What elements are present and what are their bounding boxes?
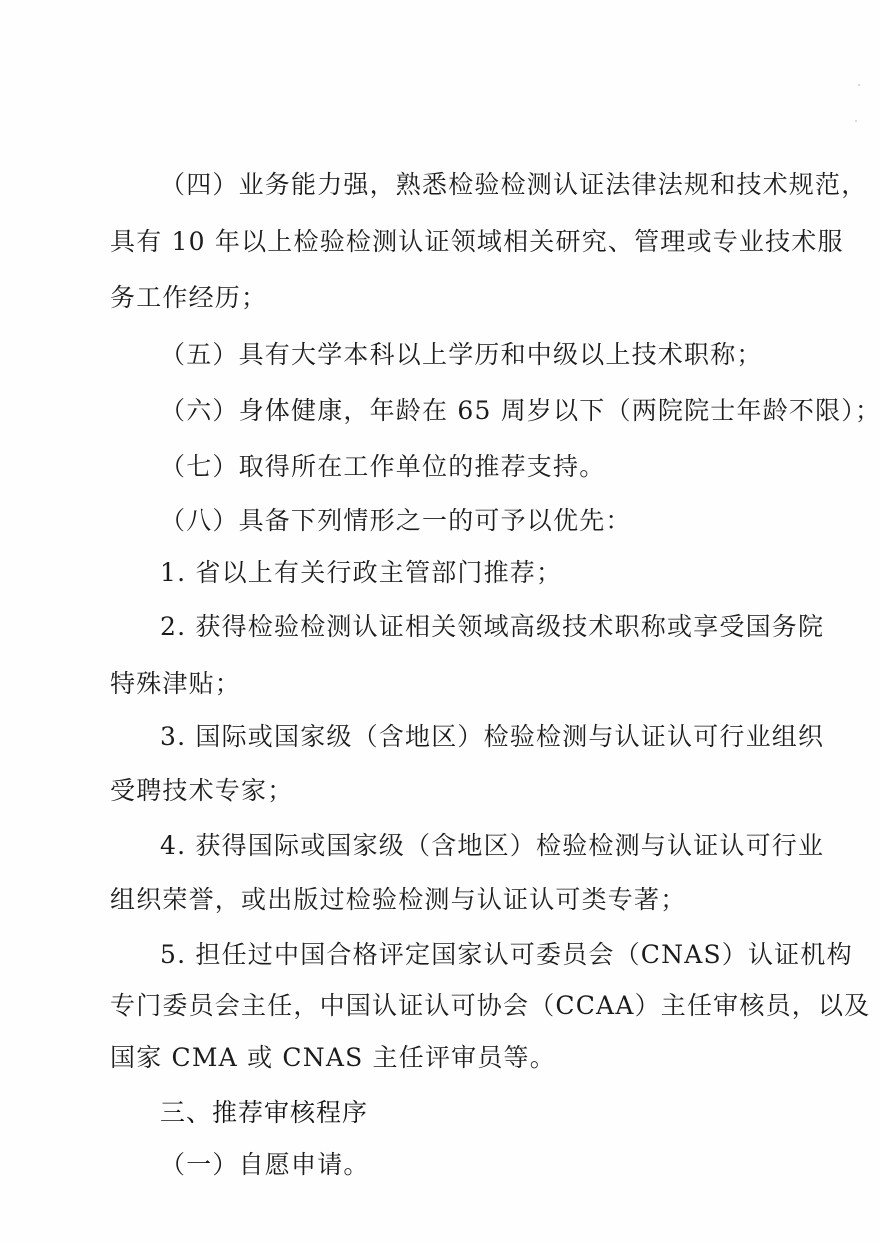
priority-item-2-line-2: 特殊津贴；: [110, 669, 241, 699]
criterion-4-line-3: 务工作经历；: [110, 283, 267, 313]
document-page: （四）业务能力强，熟悉检验检测认证法律法规和技术规范， 具有 10 年以上检验检…: [0, 0, 880, 1243]
criterion-7: （七）取得所在工作单位的推荐支持。: [160, 452, 605, 482]
criterion-5: （五）具有大学本科以上学历和中级以上技术职称；: [160, 340, 763, 370]
scan-speck: [855, 120, 857, 122]
priority-item-4-line-2: 组织荣誉，或出版过检验检测与认证认可类专著；: [110, 885, 686, 915]
priority-item-3-line-1: 3. 国际或国家级（含地区）检验检测与认证认可行业组织: [160, 722, 824, 752]
criterion-8: （八）具备下列情形之一的可予以优先：: [160, 506, 632, 536]
priority-item-5-line-3: 国家 CMA 或 CNAS 主任评审员等。: [110, 1043, 556, 1073]
section-heading: 三、推荐审核程序: [160, 1098, 368, 1128]
priority-item-2-line-1: 2. 获得检验检测认证相关领域高级技术职称或享受国务院: [160, 612, 824, 642]
subsection-heading: （一）自愿申请。: [160, 1150, 370, 1180]
scan-speck: [858, 84, 860, 86]
criterion-6: （六）身体健康，年龄在 65 周岁以下（两院院士年龄不限）；: [160, 396, 880, 426]
criterion-4-line-2: 具有 10 年以上检验检测认证领域相关研究、管理或专业技术服: [110, 227, 844, 257]
priority-item-5-line-2: 专门委员会主任，中国认证认可协会（CCAA）主任审核员，以及: [110, 991, 870, 1021]
priority-item-1: 1. 省以上有关行政主管部门推荐；: [160, 558, 562, 588]
priority-item-3-line-2: 受聘技术专家；: [110, 776, 293, 806]
criterion-4-line-1: （四）业务能力强，熟悉检验检测认证法律法规和技术规范，: [160, 170, 867, 200]
priority-item-4-line-1: 4. 获得国际或国家级（含地区）检验检测与认证认可行业: [160, 831, 824, 861]
priority-item-5-line-1: 5. 担任过中国合格评定国家认可委员会（CNAS）认证机构: [160, 940, 853, 970]
